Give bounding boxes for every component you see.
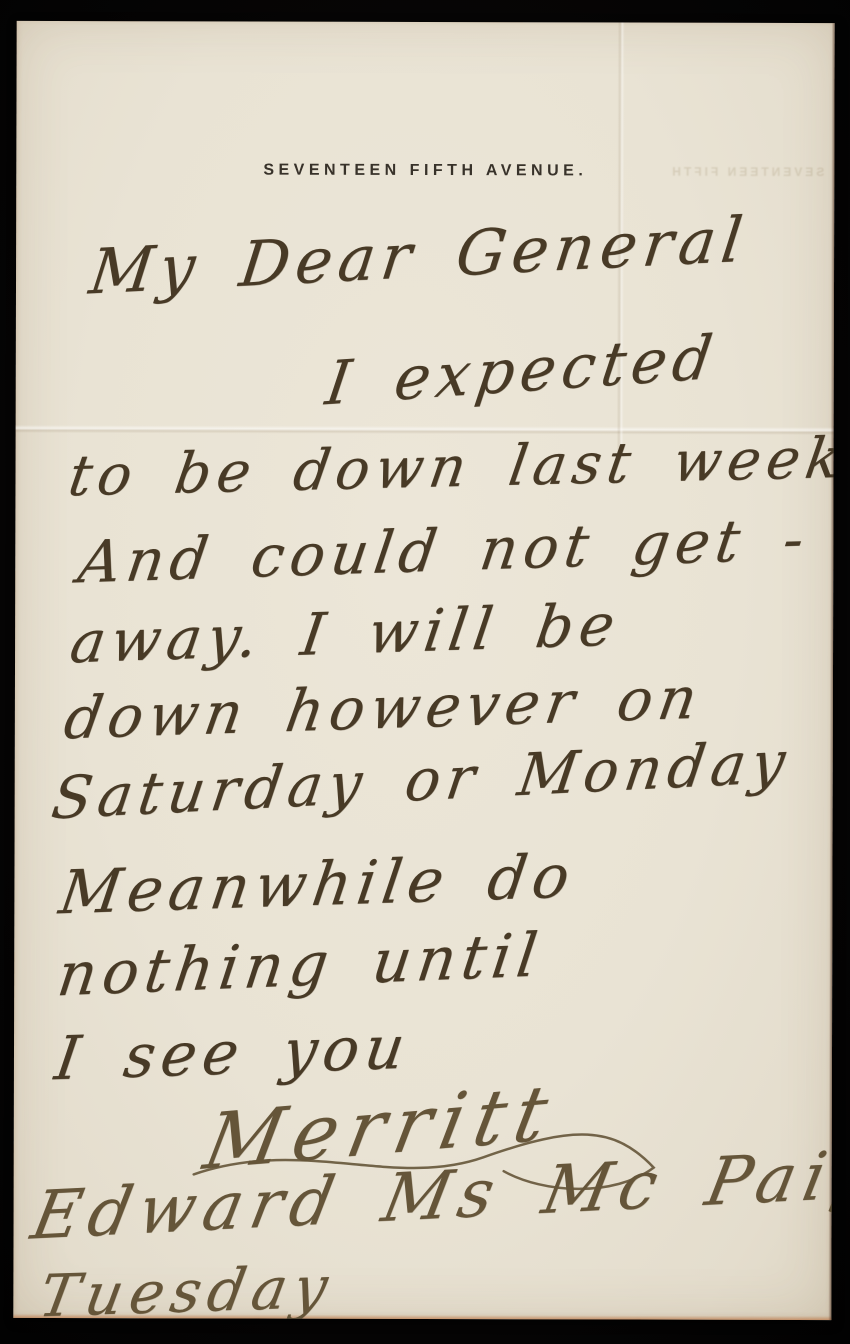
handwritten-line-2: I expected [322, 327, 721, 414]
handwritten-line-10: I see you [51, 1018, 414, 1090]
photo-background: SEVENTEEN FIFTH SEVENTEEN FIFTH AVENUE. … [0, 0, 850, 1344]
handwritten-line-salutation: My Dear General [86, 208, 751, 303]
paper-right-edge [828, 23, 834, 1320]
handwritten-line-9: nothing until [54, 925, 546, 1005]
handwritten-line-5: away. I will be [67, 595, 624, 671]
handwritten-line-4: And could not get - [75, 510, 813, 592]
handwritten-line-3: to be down last week, [65, 430, 835, 505]
letterhead-address: SEVENTEEN FIFTH AVENUE. [16, 161, 834, 181]
day-line: Tuesday [35, 1258, 339, 1321]
letter-paper: SEVENTEEN FIFTH SEVENTEEN FIFTH AVENUE. … [13, 21, 834, 1320]
handwritten-line-8: Meanwhile do [56, 846, 579, 923]
